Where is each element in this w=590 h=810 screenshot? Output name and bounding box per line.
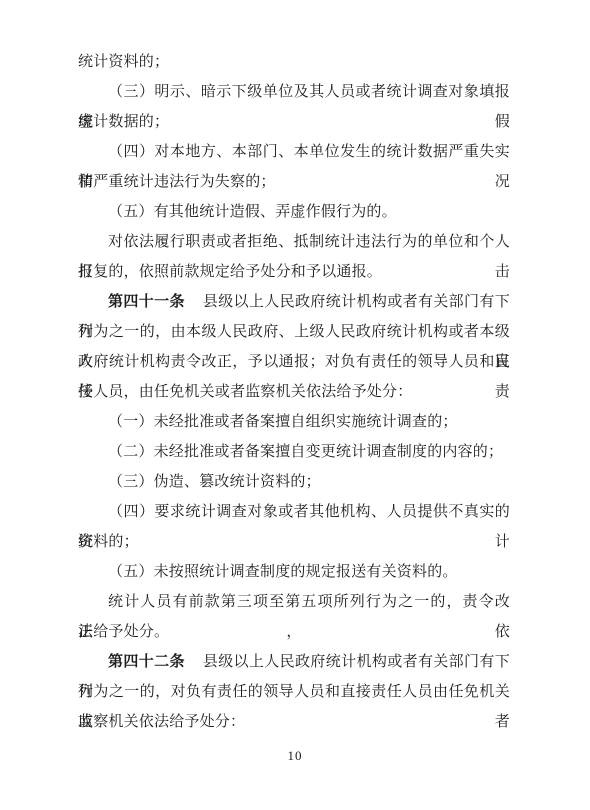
text-line: （三）明示、暗示下级单位及其人员或者统计调查对象填报虚假	[78, 77, 510, 107]
line-text: （二）未经批准或者备案擅自变更统计调查制度的内容的；	[108, 444, 503, 460]
line-text: （一）未经批准或者备案擅自组织实施统计调查的；	[108, 414, 458, 430]
line-text: （三）伪造、篡改统计资料的；	[108, 474, 321, 490]
line-text: 法给予处分。	[78, 624, 169, 640]
document-page: 统计资料的；（三）明示、暗示下级单位及其人员或者统计调查对象填报虚假统计数据的；…	[0, 0, 590, 810]
line-text: 监察机关依法给予处分：	[78, 714, 245, 730]
text-line: （三）伪造、篡改统计资料的；	[78, 467, 510, 497]
text-line: 对依法履行职责或者拒绝、抵制统计违法行为的单位和个人打击	[78, 227, 510, 257]
text-line: （五）有其他统计造假、弄虚作假行为的。	[78, 197, 510, 227]
line-text: 统计数据的；	[78, 114, 169, 130]
text-line: 统计人员有前款第三项至第五项所列行为之一的，责令改正，依	[78, 587, 510, 617]
text-line: 政府统计机构责令改正，予以通报；对负有责任的领导人员和直接责	[78, 347, 510, 377]
text-body: 统计资料的；（三）明示、暗示下级单位及其人员或者统计调查对象填报虚假统计数据的；…	[78, 47, 510, 737]
article-number: 第四十一条	[108, 294, 185, 310]
line-text: 任人员，由任免机关或者监察机关依法给予处分：	[78, 384, 412, 400]
text-line: （四）对本地方、本部门、本单位发生的统计数据严重失实情况	[78, 137, 510, 167]
line-text: 报复的，依照前款规定给予处分和予以通报。	[78, 264, 382, 280]
text-line: （四）要求统计调查对象或者其他机构、人员提供不真实的统计	[78, 497, 510, 527]
line-text: （五）有其他统计造假、弄虚作假行为的。	[108, 204, 397, 220]
line-text: （五）未按照统计调查制度的规定报送有关资料的。	[108, 564, 458, 580]
text-line: 第四十二条县级以上人民政府统计机构或者有关部门有下列	[78, 647, 510, 677]
page-number: 10	[0, 748, 590, 764]
article-number: 第四十二条	[108, 654, 185, 670]
text-line: 行为之一的，对负有责任的领导人员和直接责任人员由任免机关或者	[78, 677, 510, 707]
text-line: （一）未经批准或者备案擅自组织实施统计调查的；	[78, 407, 510, 437]
line-text: 资料的；	[78, 534, 139, 550]
text-line: 统计资料的；	[78, 47, 510, 77]
line-text: 和严重统计违法行为失察的；	[78, 174, 276, 190]
text-line: 第四十一条县级以上人民政府统计机构或者有关部门有下列	[78, 287, 510, 317]
text-line: （二）未经批准或者备案擅自变更统计调查制度的内容的；	[78, 437, 510, 467]
line-text: 统计资料的；	[78, 54, 169, 70]
text-line: 行为之一的，由本级人民政府、上级人民政府统计机构或者本级人民	[78, 317, 510, 347]
text-line: （五）未按照统计调查制度的规定报送有关资料的。	[78, 557, 510, 587]
line-text: （四）要求统计调查对象或者其他机构、人员提供不真实的统计	[78, 504, 510, 550]
